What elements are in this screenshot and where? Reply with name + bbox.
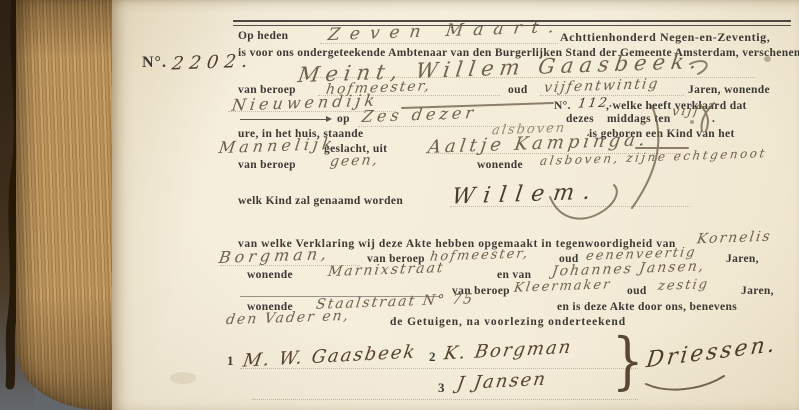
print-child-name-label: welk Kind zal genaamd worden: [238, 195, 403, 207]
fill-line-arrow: [240, 119, 330, 120]
signature-brace: }: [612, 330, 644, 392]
dotted-fill-line: [252, 399, 638, 400]
print-mother-beroep-label: van beroep: [238, 159, 296, 171]
print-closing-clause: en is deze Akte door ons, benevens: [557, 301, 737, 313]
signature-number-2: 2: [429, 349, 436, 365]
print-middags-ten: middags ten: [607, 113, 671, 125]
signature-number-1: 1: [227, 353, 234, 369]
print-closing-clause-2: de Getuigen, na voorlezing onderteekend: [390, 316, 626, 328]
hw-house-number: 112.: [577, 95, 616, 111]
print-period: .: [712, 113, 715, 125]
print-dezes: dezes: [566, 113, 594, 125]
act-number-value: 2202.: [171, 51, 255, 75]
print-op-label: op: [337, 113, 350, 125]
print-w1-jaren: Jaren,: [726, 253, 759, 265]
print-oud-label: oud: [508, 84, 528, 96]
paper-stain: [170, 372, 196, 384]
hw-witness1-lastname: Borgman,: [218, 244, 332, 267]
arrowhead-icon: [326, 116, 332, 122]
book-page-edges: [16, 0, 118, 410]
ink-stain: [690, 120, 694, 124]
print-w2-jaren: Jaren,: [741, 285, 774, 297]
hw-mother-occupation: geen,: [329, 152, 380, 170]
act-number-label: N°.: [142, 54, 167, 72]
birth-record-scan: N°. 2202. Op heden Zeven Maart. Achttien…: [0, 0, 799, 410]
hw-witness1-firstname: Kornelis: [696, 229, 773, 248]
hw-birth-hour: vijf: [671, 103, 701, 119]
print-op-heden: Op heden: [238, 30, 288, 42]
hw-child-name: Willem.: [450, 179, 601, 209]
print-w2-oud-label: oud: [627, 285, 647, 297]
signature-number-3: 3: [438, 380, 445, 396]
print-w1-wonende: wonende: [247, 269, 293, 281]
print-wonende-label: wonende: [477, 159, 523, 171]
print-house-no-label: N°.: [554, 100, 571, 112]
print-jaren-wonende: Jaren, wonende: [688, 84, 770, 96]
print-en-van: en van: [497, 269, 531, 281]
page-edge-shading: [16, 0, 118, 410]
hw-witness2-age: zestig: [657, 277, 710, 294]
print-year: Achttienhonderd Negen-en-Zeventig,: [560, 30, 770, 45]
